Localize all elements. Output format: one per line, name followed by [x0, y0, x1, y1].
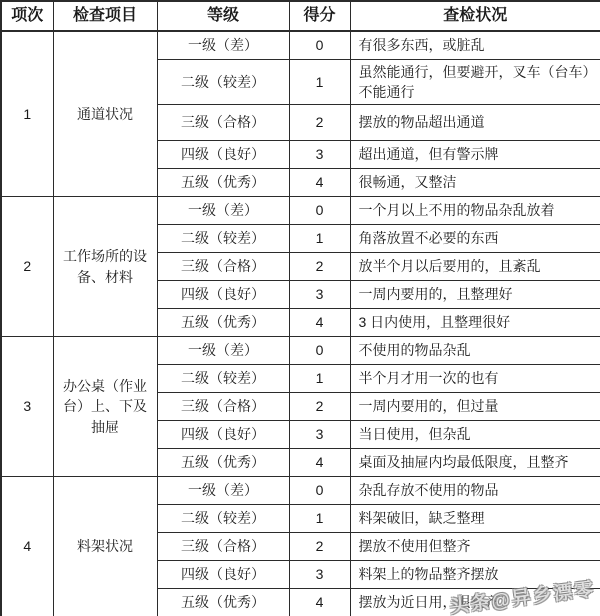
grade-cell: 三级（合格） [157, 393, 289, 421]
grade-cell: 三级（合格） [157, 533, 289, 561]
status-cell: 料架上的物品整齐摆放 [350, 561, 600, 589]
grade-cell: 五级（优秀） [157, 169, 289, 197]
check-item-cell: 通道状况 [53, 31, 157, 197]
grade-cell: 二级（较差） [157, 365, 289, 393]
inspection-checklist-page: 项次 检查项目 等级 得分 查检状况 1 通道状况 一级（差） 0 有很多东西，… [0, 0, 600, 616]
item-no-cell: 1 [1, 31, 53, 197]
status-cell: 不使用的物品杂乱 [350, 337, 600, 365]
score-cell: 0 [289, 337, 350, 365]
status-cell: 一周内要用的，但过量 [350, 393, 600, 421]
inspection-checklist-table: 项次 检查项目 等级 得分 查检状况 1 通道状况 一级（差） 0 有很多东西，… [0, 0, 600, 616]
status-cell: 摆放的物品超出通道 [350, 105, 600, 141]
score-cell: 3 [289, 561, 350, 589]
grade-cell: 四级（良好） [157, 281, 289, 309]
column-header-score: 得分 [289, 1, 350, 31]
table-header-row: 项次 检查项目 等级 得分 查检状况 [1, 1, 600, 31]
column-header-check-item: 检查项目 [53, 1, 157, 31]
score-cell: 2 [289, 253, 350, 281]
status-cell: 一周内要用的，且整理好 [350, 281, 600, 309]
score-cell: 0 [289, 31, 350, 59]
status-cell: 当日使用，但杂乱 [350, 421, 600, 449]
score-cell: 0 [289, 477, 350, 505]
status-cell: 杂乱存放不使用的物品 [350, 477, 600, 505]
status-cell: 半个月才用一次的也有 [350, 365, 600, 393]
grade-cell: 五级（优秀） [157, 309, 289, 337]
grade-cell: 二级（较差） [157, 505, 289, 533]
item-no-cell: 4 [1, 477, 53, 616]
score-cell: 2 [289, 393, 350, 421]
grade-cell: 三级（合格） [157, 253, 289, 281]
grade-cell: 四级（良好） [157, 561, 289, 589]
check-item-cell: 料架状况 [53, 477, 157, 616]
score-cell: 1 [289, 59, 350, 105]
score-cell: 1 [289, 225, 350, 253]
status-cell: 有很多东西，或脏乱 [350, 31, 600, 59]
item-no-cell: 3 [1, 337, 53, 477]
grade-cell: 一级（差） [157, 197, 289, 225]
grade-cell: 五级（优秀） [157, 449, 289, 477]
grade-cell: 四级（良好） [157, 141, 289, 169]
score-cell: 4 [289, 449, 350, 477]
table-row: 1 通道状况 一级（差） 0 有很多东西，或脏乱 [1, 31, 600, 59]
score-cell: 2 [289, 105, 350, 141]
status-cell: 摆放不使用但整齐 [350, 533, 600, 561]
score-cell: 1 [289, 505, 350, 533]
table-row: 2 工作场所的设备、材料 一级（差） 0 一个月以上不用的物品杂乱放着 [1, 197, 600, 225]
grade-cell: 二级（较差） [157, 59, 289, 105]
column-header-item-no: 项次 [1, 1, 53, 31]
check-item-cell: 工作场所的设备、材料 [53, 197, 157, 337]
score-cell: 3 [289, 281, 350, 309]
score-cell: 2 [289, 533, 350, 561]
score-cell: 4 [289, 589, 350, 616]
status-cell: 3 日内使用，且整理很好 [350, 309, 600, 337]
grade-cell: 一级（差） [157, 477, 289, 505]
score-cell: 4 [289, 309, 350, 337]
item-no-cell: 2 [1, 197, 53, 337]
grade-cell: 二级（较差） [157, 225, 289, 253]
check-item-cell: 办公桌（作业台）上、下及抽屉 [53, 337, 157, 477]
status-cell: 桌面及抽屉内均最低限度，且整齐 [350, 449, 600, 477]
status-cell: 很畅通，又整洁 [350, 169, 600, 197]
status-cell: 摆放为近日用，很整齐 [350, 589, 600, 616]
grade-cell: 四级（良好） [157, 421, 289, 449]
status-cell: 角落放置不必要的东西 [350, 225, 600, 253]
status-cell: 虽然能通行，但要避开，叉车（台车）不能通行 [350, 59, 600, 105]
grade-cell: 五级（优秀） [157, 589, 289, 616]
score-cell: 1 [289, 365, 350, 393]
status-cell: 超出通道，但有警示牌 [350, 141, 600, 169]
score-cell: 0 [289, 197, 350, 225]
table-row: 3 办公桌（作业台）上、下及抽屉 一级（差） 0 不使用的物品杂乱 [1, 337, 600, 365]
grade-cell: 一级（差） [157, 31, 289, 59]
grade-cell: 三级（合格） [157, 105, 289, 141]
table-row: 4 料架状况 一级（差） 0 杂乱存放不使用的物品 [1, 477, 600, 505]
score-cell: 4 [289, 169, 350, 197]
column-header-status: 查检状况 [350, 1, 600, 31]
score-cell: 3 [289, 141, 350, 169]
status-cell: 一个月以上不用的物品杂乱放着 [350, 197, 600, 225]
score-cell: 3 [289, 421, 350, 449]
status-cell: 料架破旧，缺乏整理 [350, 505, 600, 533]
status-cell: 放半个月以后要用的，且紊乱 [350, 253, 600, 281]
column-header-grade: 等级 [157, 1, 289, 31]
grade-cell: 一级（差） [157, 337, 289, 365]
